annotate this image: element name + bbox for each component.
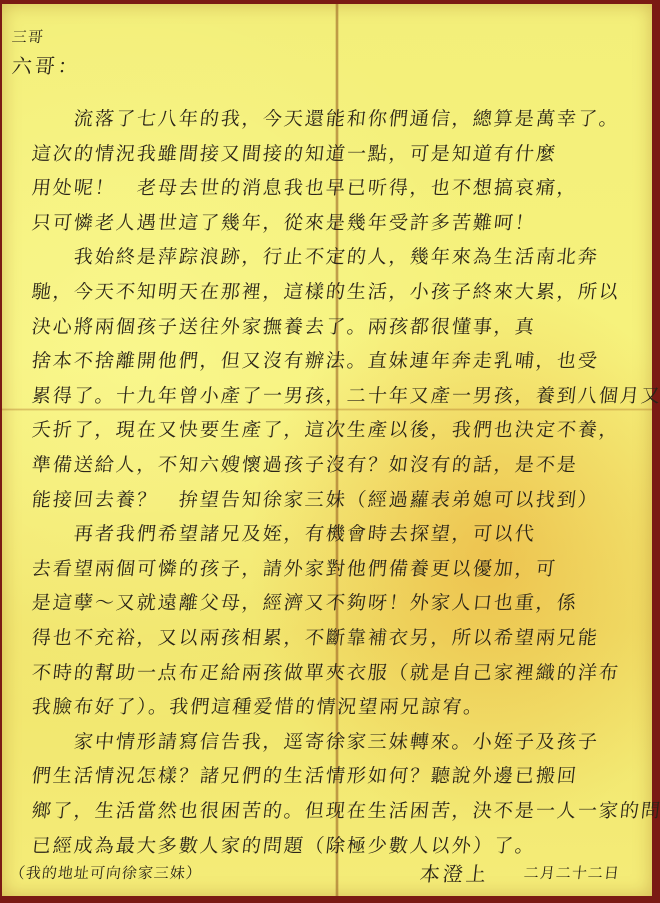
letter-line: 流落了七八年的我，今天還能和你們通信，總算是萬幸了。 xyxy=(31,104,622,131)
letter-line: 們生活情況怎樣？諸兄們的生活情形如何？聽說外邊已搬回 xyxy=(31,761,580,788)
letter-line: 夭折了，現在又快要生產了，這次生產以後，我們也決定不養， xyxy=(31,415,622,442)
letter-date: 二月二十二日 xyxy=(523,862,621,883)
salutation-line-1: 三哥 xyxy=(11,26,45,47)
letter-line: 是這孽～又就遠離父母，經濟又不夠呀！外家人口也重，係 xyxy=(31,588,580,615)
letter-line: 能接回去養？ 拚望告知徐家三妹（經過蘿表弟媳可以找到） xyxy=(31,485,601,512)
letter-line: 準備送給人，不知六嫂懷過孩子沒有？如沒有的話，是不是 xyxy=(31,450,580,477)
letter-line: 用处呢！ 老母去世的消息我也早已听得，也不想搞哀痛， xyxy=(31,173,580,200)
horizontal-fold-crease xyxy=(2,408,652,411)
letter-line: 再者我們希望諸兄及姪，有機會時去探望，可以代 xyxy=(31,519,538,546)
letter-line: 去看望兩個可憐的孩子，請外家對他們備養更以優加，可 xyxy=(31,554,559,581)
letter-line: 決心將兩個孩子送往外家撫養去了。兩孩都很懂事，真 xyxy=(31,312,538,339)
letter-line: 只可憐老人遇世這了幾年，從來是幾年受許多苦難呵！ xyxy=(31,208,538,235)
letter-line: 馳，今天不知明天在那裡，這樣的生活，小孩子終來大累，所以 xyxy=(31,277,622,304)
letter-line: 已經成為最大多數人家的問題（除極少數人以外）了。 xyxy=(31,831,538,858)
letter-line: 鄉了，生活當然也很困苦的。但现在生活困苦，決不是一人一家的問題， xyxy=(31,796,660,823)
letter-line: 我臉布好了）。我們這種爱惜的情況望兩兄諒宥。 xyxy=(31,692,486,719)
letter-line: 累得了。十九年曾小產了一男孩，二十年又產一男孩，養到八個月又 xyxy=(31,381,660,408)
postscript: （我的地址可向徐家三妹） xyxy=(9,862,203,883)
letter-line: 得也不充裕，又以兩孩相累，不斷靠補衣另，所以希望兩兄能 xyxy=(31,623,601,650)
letter-line: 不時的幫助一点布疋給兩孩做單夾衣服（就是自己家裡織的洋布 xyxy=(31,658,622,685)
letter-paper: 三哥 六哥： 流落了七八年的我，今天還能和你們通信，總算是萬幸了。這次的情況我雖… xyxy=(2,4,652,896)
letter-line: 我始終是萍踪浪跡，行止不定的人，幾年來為生活南北奔 xyxy=(31,242,601,269)
letter-line: 這次的情況我雖間接又間接的知道一點，可是知道有什麼 xyxy=(31,139,559,166)
salutation-line-2: 六哥： xyxy=(10,50,82,79)
letter-line: 家中情形請寫信告我，逕寄徐家三妹轉來。小姪子及孩子 xyxy=(31,727,601,754)
signature: 本澄上 xyxy=(418,858,490,887)
letter-line: 捨本不捨離開他們，但又沒有辦法。直妹連年奔走乳哺，也受 xyxy=(31,346,601,373)
